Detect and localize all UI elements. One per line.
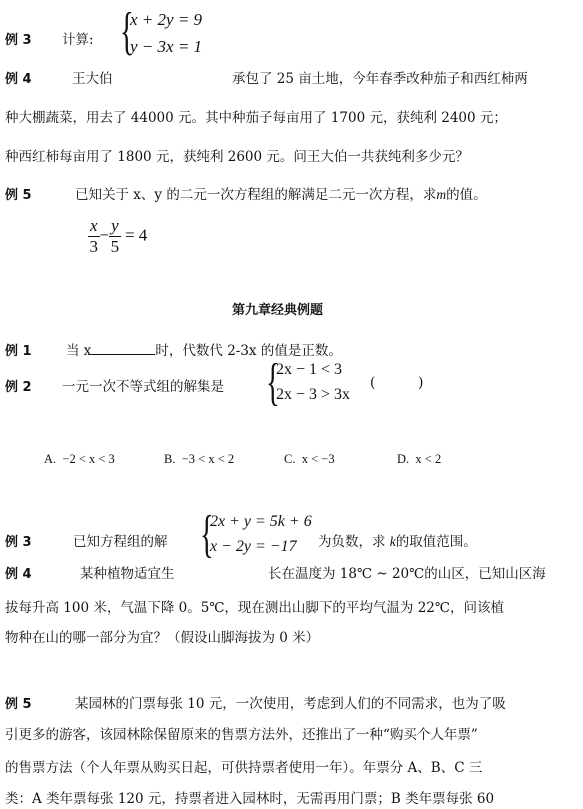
numerator: x — [88, 216, 100, 237]
problem-text: 当 x时，代数代 2-3x 的值是正数。 — [66, 339, 342, 359]
example-label: 例 3 — [5, 29, 32, 48]
equation: x + 2y = 9 — [130, 10, 202, 30]
paragraph-line: 拔每升高 100 米，气温下降 0。5℃，现在测出山脚下的平均气温为 22℃，问… — [5, 596, 504, 616]
paragraph-line: 某种植物适宜生 — [80, 562, 175, 582]
problem-text-end: 的取值范围。 — [396, 534, 477, 550]
option-value: −2 < x < 3 — [62, 452, 114, 466]
paragraph-line: 承包了 25 亩土地，今年春季改种茄子和西红柿两 — [232, 67, 528, 87]
problem-text-main: 已知关于 x、y 的二元一次方程组的解满足二元一次方程，求 — [75, 187, 436, 203]
fraction-equation: x3−y5 = 4 — [88, 216, 147, 257]
problem-text-post: 时，代数代 2-3x 的值是正数。 — [155, 343, 341, 359]
option-d: D. x < 2 — [397, 452, 441, 467]
example-label: 例 4 — [5, 68, 32, 87]
variable: m — [436, 187, 446, 202]
option-b: B. −3 < x < 2 — [164, 452, 234, 467]
person-name: 王大伯 — [72, 67, 113, 87]
paragraph-line: 引更多的游客，该园林除保留原来的售票方法外，还推出了一种“购买个人年票” — [5, 723, 478, 743]
chapter-title: 第九章经典例题 — [232, 299, 323, 318]
inequality: 2x − 1 < 3 — [276, 361, 342, 379]
paragraph-line: 的售票方法（个人年票从购买日起，可供持票者使用一年）。年票分 A、B、C 三 — [5, 756, 482, 776]
paragraph-line: 类：A 类年票每张 120 元，持票者进入园林时，无需再用门票；B 类年票每张 … — [5, 787, 494, 807]
denominator: 5 — [109, 237, 121, 257]
numerator: y — [109, 216, 121, 237]
option-key: A. — [44, 452, 56, 466]
example-label: 例 4 — [5, 563, 32, 582]
inequality: 2x − 3 > 3x — [276, 386, 350, 404]
option-key: B. — [164, 452, 175, 466]
answer-parentheses: ( ) — [370, 375, 423, 391]
option-a: A. −2 < x < 3 — [44, 452, 115, 467]
problem-text: 已知方程组的解 — [73, 530, 168, 550]
paragraph-line: 种西红柿每亩用了 1800 元，获纯利 2600 元。问王大伯一共获纯利多少元？ — [5, 145, 469, 165]
denominator: 3 — [88, 237, 100, 257]
example-prompt: 计算: — [62, 28, 94, 48]
problem-text-after: 为负数，求 k的取值范围。 — [318, 530, 477, 550]
option-c: C. x < −3 — [284, 452, 335, 467]
option-value: x < −3 — [302, 452, 335, 466]
problem-text-pre: 当 x — [66, 343, 91, 359]
problem-text-end: 的值。 — [446, 187, 487, 203]
equation: 2x + y = 5k + 6 — [210, 513, 312, 531]
example-label: 例 1 — [5, 340, 32, 359]
option-key: C. — [284, 452, 295, 466]
minus-sign: − — [100, 225, 110, 244]
equation: x − 2y = −17 — [210, 538, 297, 556]
paragraph-line: 物种在山的哪一部分为宜？（假设山脚海拔为 0 米） — [5, 626, 319, 646]
equation-rhs: = 4 — [125, 225, 147, 244]
problem-text-main: 为负数，求 — [318, 534, 386, 550]
option-value: −3 < x < 2 — [182, 452, 234, 466]
problem-text: 一元一次不等式组的解集是 — [62, 375, 224, 395]
example-label: 例 5 — [5, 184, 32, 203]
paragraph-line: 某园林的门票每张 10 元，一次使用，考虑到人们的不同需求，也为了吸 — [75, 692, 506, 712]
example-label: 例 2 — [5, 376, 32, 395]
paragraph-line: 长在温度为 18℃ ~ 20℃的山区，已知山区海 — [268, 562, 546, 582]
fraction: x3 — [88, 216, 100, 257]
option-key: D. — [397, 452, 409, 466]
problem-text: 已知关于 x、y 的二元一次方程组的解满足二元一次方程，求m的值。 — [75, 183, 487, 203]
example-label: 例 5 — [5, 693, 32, 712]
option-value: x < 2 — [415, 452, 441, 466]
answer-blank — [91, 342, 155, 355]
example-label: 例 3 — [5, 531, 32, 550]
equation: y − 3x = 1 — [130, 37, 202, 57]
paragraph-line: 种大棚蔬菜，用去了 44000 元。其中种茄子每亩用了 1700 元，获纯利 2… — [5, 106, 507, 126]
fraction: y5 — [109, 216, 121, 257]
